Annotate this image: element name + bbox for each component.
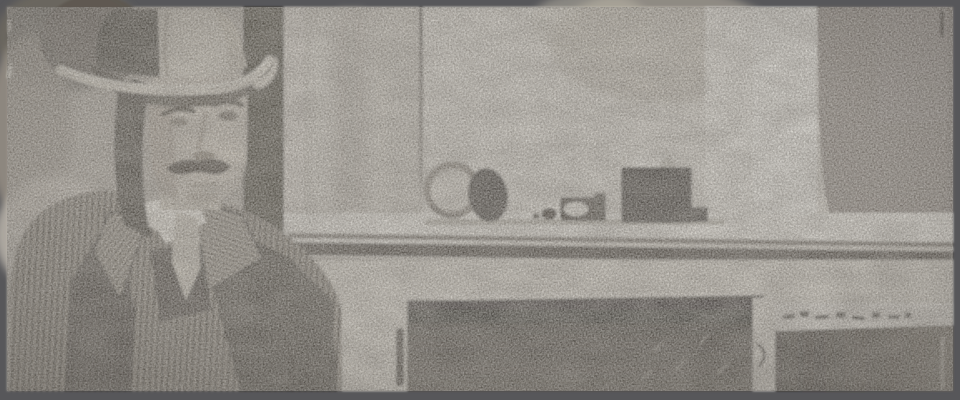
historical-photograph bbox=[0, 0, 960, 400]
photo-canvas bbox=[0, 0, 960, 400]
vignette bbox=[7, 7, 953, 391]
